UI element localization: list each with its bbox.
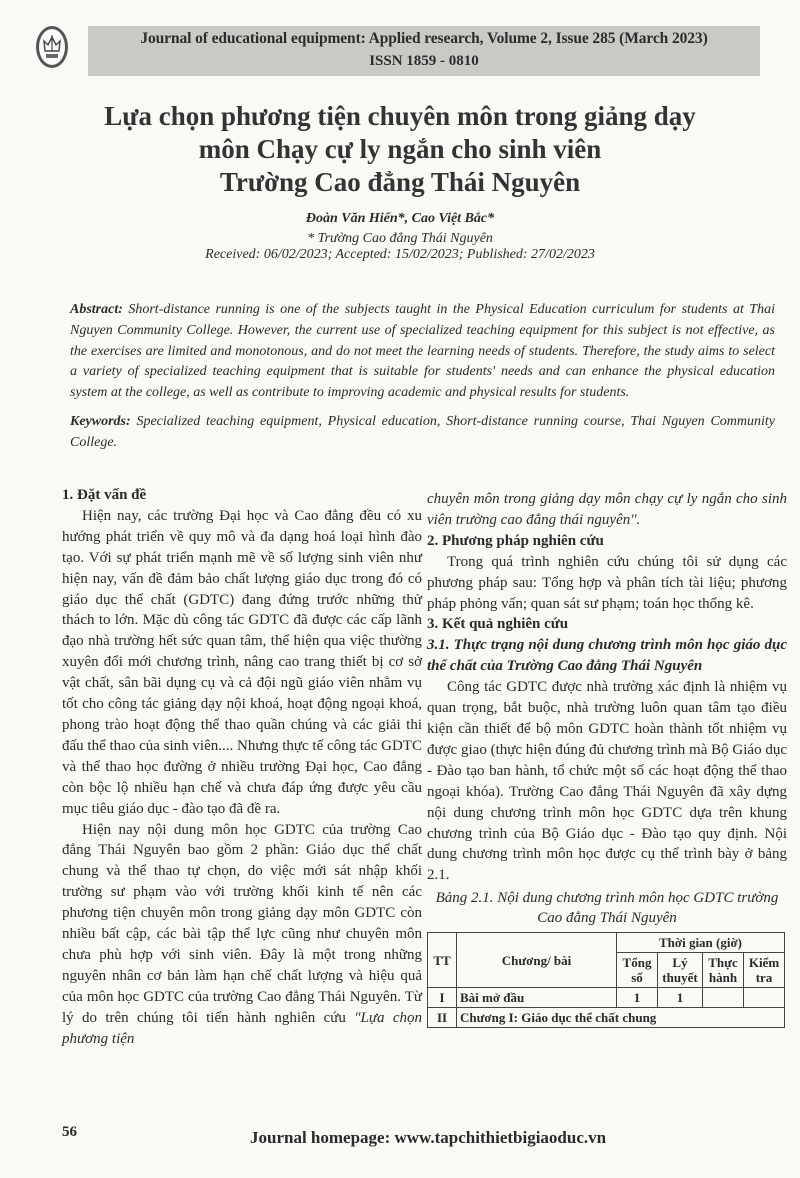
publication-dates: Received: 06/02/2023; Accepted: 15/02/20… (60, 247, 740, 263)
cell-chapter: Chương I: Giáo dục thể chất chung (457, 1008, 785, 1028)
section-1-heading: 1. Đặt vấn đề (62, 485, 422, 506)
section-1-paragraph-2-text: Hiện nay nội dung môn học GDTC của trườn… (62, 822, 422, 1026)
affiliation: * Trường Cao đẳng Thái Nguyên (60, 231, 740, 247)
col-header-theory: Lý thuyết (658, 953, 703, 988)
article-title-line-1: Lựa chọn phương tiện chuyên môn trong gi… (60, 100, 740, 133)
col-header-test: Kiểm tra (744, 953, 785, 988)
abstract-text: Short-distance running is one of the sub… (70, 302, 775, 400)
table-header-row: TT Chương/ bài Thời gian (giờ) (428, 933, 785, 953)
cell-chapter: Bài mở đầu (457, 988, 617, 1008)
col-header-tt: TT (428, 933, 457, 988)
section-3-heading: 3. Kết quả nghiên cứu (427, 614, 787, 635)
cell-tt: II (428, 1008, 457, 1028)
section-1-paragraph-2: Hiện nay nội dung môn học GDTC của trườn… (62, 820, 422, 1050)
authors: Đoàn Văn Hiển*, Cao Việt Bắc* (60, 211, 740, 227)
section-1-paragraph-1: Hiện nay, các trường Đại học và Cao đẳng… (62, 506, 422, 820)
page-footer: 56 Journal homepage: www.tapchithietbigi… (0, 1120, 800, 1160)
cell-tt: I (428, 988, 457, 1008)
keywords-text: Specialized teaching equipment, Physical… (70, 414, 775, 450)
col-header-total: Tổng số (617, 953, 658, 988)
article-title-line-3: Trường Cao đẳng Thái Nguyên (60, 166, 740, 199)
journal-citation: Journal of educational equipment: Applie… (88, 30, 760, 48)
journal-banner: Journal of educational equipment: Applie… (88, 26, 760, 76)
col-header-time-group: Thời gian (giờ) (617, 933, 785, 953)
keywords: Keywords: Specialized teaching equipment… (70, 412, 775, 454)
journal-header: Journal of educational equipment: Applie… (0, 0, 800, 90)
col-header-practice: Thực hành (703, 953, 744, 988)
cell-test (744, 988, 785, 1008)
right-column: chuyên môn trong giảng dạy môn chạy cự l… (427, 489, 787, 1028)
abstract: Abstract: Short-distance running is one … (70, 300, 775, 454)
journal-homepage-link[interactable]: Journal homepage: www.tapchithietbigiaod… (250, 1128, 606, 1148)
col-header-chapter: Chương/ bài (457, 933, 617, 988)
cell-practice (703, 988, 744, 1008)
article-title-block: Lựa chọn phương tiện chuyên môn trong gi… (60, 100, 740, 263)
cell-total: 1 (617, 988, 658, 1008)
section-2-paragraph-1: Trong quá trình nghiên cứu chúng tôi sử … (427, 552, 787, 615)
table-caption: Bảng 2.1. Nội dung chương trình môn học … (427, 888, 787, 928)
keywords-label: Keywords: (70, 414, 131, 429)
section-2-heading: 2. Phương pháp nghiên cứu (427, 531, 787, 552)
table-row: I Bài mở đầu 1 1 (428, 988, 785, 1008)
table-row: II Chương I: Giáo dục thể chất chung (428, 1008, 785, 1028)
abstract-label: Abstract: (70, 302, 123, 317)
issn: ISSN 1859 - 0810 (88, 53, 760, 70)
section-3-1-paragraph-1: Công tác GDTC được nhà trường xác định l… (427, 677, 787, 886)
abstract-paragraph: Abstract: Short-distance running is one … (70, 300, 775, 404)
page-number: 56 (62, 1124, 77, 1141)
left-column: 1. Đặt vấn đề Hiện nay, các trường Đại h… (62, 485, 422, 1049)
cell-theory: 1 (658, 988, 703, 1008)
study-title-quote-end: chuyên môn trong giảng dạy môn chạy cự l… (427, 489, 787, 531)
curriculum-table: TT Chương/ bài Thời gian (giờ) Tổng số L… (427, 932, 785, 1028)
article-title-line-2: môn Chạy cự ly ngắn cho sinh viên (60, 133, 740, 166)
journal-seal-icon (36, 26, 68, 68)
section-3-1-heading: 3.1. Thực trạng nội dung chương trình mô… (427, 635, 787, 677)
